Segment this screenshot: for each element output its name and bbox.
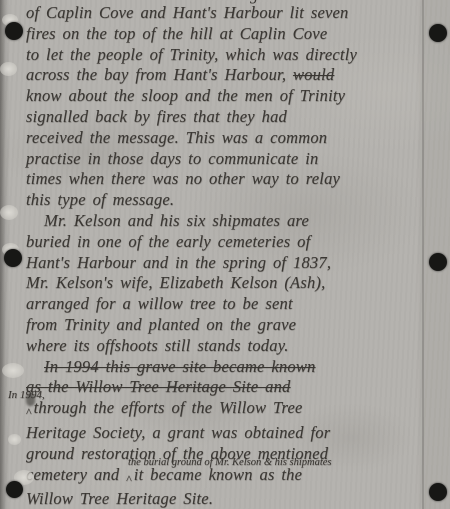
handwritten-line: the burial ground of Mr. Kelson & his sh… (26, 465, 450, 490)
line-text: Mr. Kelson and his six shipmates are (44, 211, 309, 230)
line-text: fires on the top of the hill at Caplin C… (26, 24, 327, 43)
line-text: buried in one of the early cemeteries of (26, 232, 310, 251)
line-text: received the message. This was a common (26, 128, 327, 147)
punch-hole-dot (429, 24, 447, 42)
line-text: from Trinity and planted on the grave (26, 315, 296, 334)
line-text: signalled back by fires that they had (26, 107, 287, 126)
handwritten-line: buried in one of the early cemeteries of (26, 232, 450, 253)
handwritten-line: to let the people of Trinity, which was … (26, 45, 450, 66)
line-text: to let the people of Trinity, which was … (26, 45, 357, 64)
line-text: of Caplin Cove and Hant's Harbour lit se… (26, 3, 349, 22)
handwritten-line: this type of message. (26, 190, 450, 211)
line-text: through the efforts of the Willow Tree (34, 398, 303, 417)
handwritten-line: Hant's Harbour and in the spring of 1837… (26, 253, 450, 274)
line-text: times when there was no other way to rel… (26, 169, 340, 188)
punch-hole-dot (429, 253, 447, 271)
handwritten-line: of Caplin Cove and Hant's Harbour lit se… (26, 3, 450, 24)
line-text: Hant's Harbour and in the spring of 1837… (26, 253, 331, 272)
punch-hole-dot (4, 249, 22, 267)
handwritten-line: Mr. Kelson's wife, Elizabeth Kelson (Ash… (26, 273, 450, 294)
handwritten-line: In 1994 this grave site became known (44, 357, 450, 378)
handwritten-line: times when there was no other way to rel… (26, 169, 450, 190)
whiteout-spot (2, 363, 24, 378)
handwritten-line: fires on the top of the hill at Caplin C… (26, 24, 450, 45)
handwritten-line: know about the sloop and the men of Trin… (26, 86, 450, 107)
line-text: where its offshoots still stands today. (26, 336, 289, 355)
line-text: arranged for a willow tree to be sent (26, 294, 293, 313)
handwritten-line: signalled back by fires that they had (26, 107, 450, 128)
handwritten-line: Mr. Kelson and his six shipmates are (44, 211, 450, 232)
whiteout-spot (0, 205, 18, 220)
line-text: cemetery and (26, 465, 126, 484)
whiteout-spot (0, 62, 17, 76)
struck-text: would (293, 65, 334, 84)
line-text: practise in those days to communicate in (26, 149, 318, 168)
handwritten-line: Willow Tree Heritage Site. (26, 489, 450, 509)
whiteout-spot (8, 434, 21, 445)
struck-text: as the Willow Tree Heritage Site and (26, 377, 291, 396)
insertion-note: the burial ground of Mr. Kelson & his sh… (128, 457, 332, 468)
line-text: Heritage Society, a grant was obtained f… (26, 423, 330, 442)
punch-hole-dot (5, 22, 23, 40)
ink-smudge (26, 393, 35, 406)
punch-hole-dot (6, 481, 23, 498)
struck-text: In 1994 this grave site became known (44, 357, 315, 376)
caret-mark: ^ (126, 472, 132, 486)
handwritten-line: arranged for a willow tree to be sent (26, 294, 450, 315)
handwritten-line: where its offshoots still stands today. (26, 336, 450, 357)
line-text: this type of message. (26, 190, 174, 209)
handwritten-line: In 1994,^through the efforts of the Will… (26, 398, 450, 423)
line-text: across the bay from Hant's Harbour, (26, 65, 293, 84)
handwritten-line: across the bay from Hant's Harbour, woul… (26, 65, 450, 86)
caret-mark: ^ (26, 405, 32, 419)
scanned-page: g. of Caplin Cove and Hant's Harbour lit… (0, 0, 450, 509)
handwritten-line: received the message. This was a common (26, 128, 450, 149)
line-text: Willow Tree Heritage Site. (26, 489, 213, 508)
line-text: Mr. Kelson's wife, Elizabeth Kelson (Ash… (26, 273, 325, 292)
handwritten-line: as the Willow Tree Heritage Site and (26, 377, 450, 398)
line-text: know about the sloop and the men of Trin… (26, 86, 345, 105)
handwritten-line: Heritage Society, a grant was obtained f… (26, 423, 450, 444)
handwritten-line: practise in those days to communicate in (26, 149, 450, 170)
punch-hole-dot (429, 483, 447, 501)
handwritten-text: of Caplin Cove and Hant's Harbour lit se… (0, 0, 450, 509)
handwritten-line: from Trinity and planted on the grave (26, 315, 450, 336)
